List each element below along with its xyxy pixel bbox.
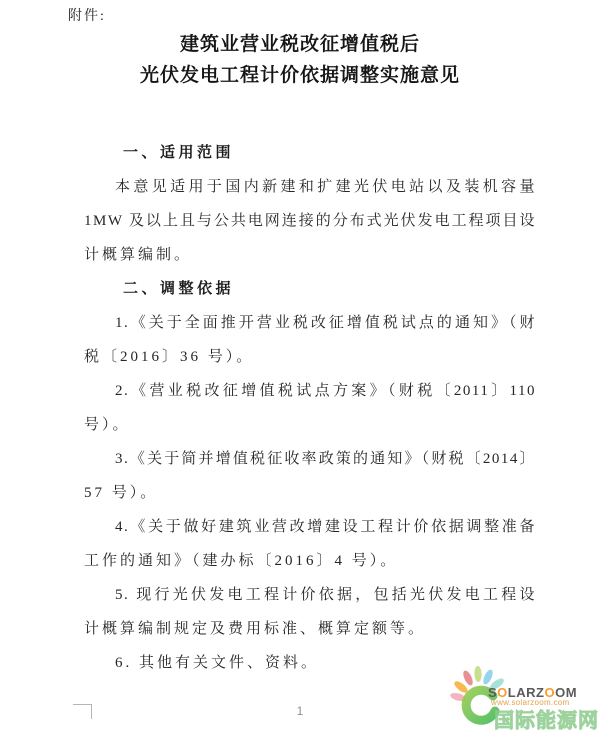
solarzoom-watermark-logo: SOLARZOOM www.solarzoom.com 国际能源网 <box>450 666 600 730</box>
list-item-line: 4.《关于做好建筑业营改增建设工程计价依据调整准备 <box>84 510 536 544</box>
list-item-line: 1.《关于全面推开营业税改征增值税试点的通知》（财 <box>84 306 536 340</box>
list-item-line: 2.《营业税改征增值税试点方案》（财税〔2011〕110 <box>84 374 536 408</box>
document-page: 附件: 建筑业营业税改征增值税后 光伏发电工程计价依据调整实施意见 一、适用范围… <box>0 0 600 730</box>
list-item-line: 计概算编制规定及费用标准、概算定额等。 <box>84 612 536 646</box>
paragraph-line: 本意见适用于国内新建和扩建光伏电站以及装机容量 <box>84 170 536 204</box>
document-title-line-2: 光伏发电工程计价依据调整实施意见 <box>0 60 600 87</box>
energy-net-watermark-text: 国际能源网 <box>494 704 599 730</box>
document-content: 一、适用范围本意见适用于国内新建和扩建光伏电站以及装机容量1MW 及以上且与公共… <box>84 136 536 680</box>
paragraph-line: 计概算编制。 <box>84 238 536 272</box>
list-item-line: 3.《关于简并增值税征收率政策的通知》（财税〔2014〕 <box>84 442 536 476</box>
list-item-line: 税〔2016〕36 号）。 <box>84 340 536 374</box>
list-item-line: 号）。 <box>84 408 536 442</box>
attachment-label: 附件: <box>68 5 106 25</box>
list-item-line: 57 号）。 <box>84 476 536 510</box>
section-heading: 一、适用范围 <box>84 136 536 170</box>
section-heading: 二、调整依据 <box>84 272 536 306</box>
paragraph-line: 1MW 及以上且与公共电网连接的分布式光伏发电工程项目设 <box>84 204 536 238</box>
document-title-line-1: 建筑业营业税改征增值税后 <box>0 29 600 56</box>
list-item-line: 工作的通知》（建办标〔2016〕4 号）。 <box>84 544 536 578</box>
list-item-line: 5. 现行光伏发电工程计价依据，包括光伏发电工程设 <box>84 578 536 612</box>
